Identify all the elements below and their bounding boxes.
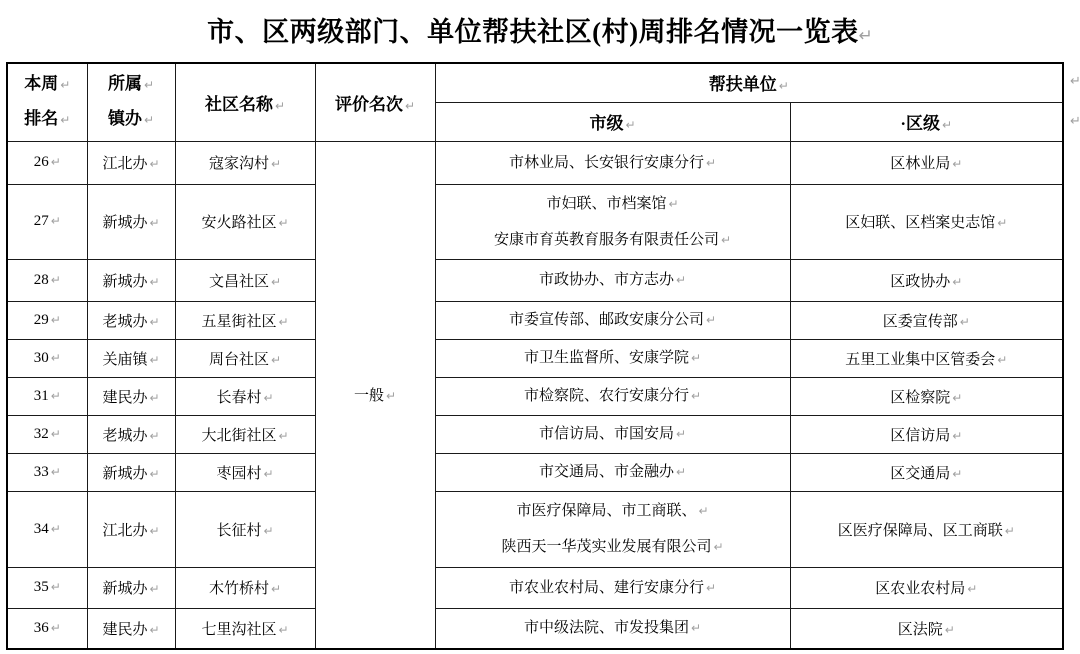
township-cell: 新城办↵ bbox=[87, 184, 175, 259]
paragraph-mark-icon: ↵ bbox=[952, 467, 962, 481]
rank-cell: 35↵ bbox=[7, 567, 87, 608]
header-text: ·区级 bbox=[900, 114, 940, 133]
paragraph-mark-icon: ↵ bbox=[51, 580, 61, 594]
district-units-cell: 五里工业集中区管委会↵ bbox=[790, 339, 1063, 377]
table-row: 36↵ 建民办↵ 七里沟社区↵ 市中级法院、市发投集团↵ 区法院↵ bbox=[7, 608, 1063, 649]
paragraph-mark-icon: ↵ bbox=[51, 427, 61, 441]
rank-cell: 30↵ bbox=[7, 339, 87, 377]
community-cell: 五星街社区↵ bbox=[175, 301, 315, 339]
header-text: 所属 bbox=[108, 74, 142, 93]
paragraph-mark-icon: ↵ bbox=[960, 315, 970, 329]
township-cell: 新城办↵ bbox=[87, 567, 175, 608]
paragraph-mark-icon: ↵ bbox=[60, 78, 70, 92]
community-cell: 木竹桥村↵ bbox=[175, 567, 315, 608]
document-page: 市、区两级部门、单位帮扶社区(村)周排名情况一览表↵ 本周↵ 排名↵ 所属↵ 镇… bbox=[0, 0, 1080, 654]
paragraph-mark-icon: ↵ bbox=[698, 504, 708, 518]
paragraph-mark-icon: ↵ bbox=[263, 391, 273, 405]
paragraph-mark-icon: ↵ bbox=[263, 524, 273, 538]
paragraph-mark-icon: ↵ bbox=[706, 156, 716, 170]
rank-cell: 33↵ bbox=[7, 453, 87, 491]
paragraph-mark-icon: ↵ bbox=[271, 353, 281, 367]
table-row: 28↵ 新城办↵ 文昌社区↵ 市政协办、市方志办↵ 区政协办↵ bbox=[7, 259, 1063, 301]
evaluation-cell: 一般↵ bbox=[315, 141, 435, 649]
paragraph-mark-icon: ↵ bbox=[51, 313, 61, 327]
page-title-wrap: 市、区两级部门、单位帮扶社区(村)周排名情况一览表↵ bbox=[0, 10, 1080, 49]
city-unit-line: 市信访局、市国安局↵ bbox=[436, 423, 790, 445]
paragraph-mark-icon: ↵ bbox=[952, 429, 962, 443]
table-row: 34↵ 江北办↵ 长征村↵ 市医疗保障局、市工商联、↵陕西天一华茂实业发展有限公… bbox=[7, 491, 1063, 567]
paragraph-mark-icon: ↵ bbox=[51, 621, 61, 635]
paragraph-mark-icon: ↵ bbox=[144, 113, 154, 127]
district-units-cell: 区信访局↵ bbox=[790, 415, 1063, 453]
paragraph-mark-icon: ↵ bbox=[149, 429, 159, 443]
paragraph-mark-icon: ↵ bbox=[149, 216, 159, 230]
paragraph-mark-icon: ↵ bbox=[149, 353, 159, 367]
city-units-cell: 市政协办、市方志办↵ bbox=[435, 259, 790, 301]
paragraph-mark-icon: ↵ bbox=[691, 389, 701, 403]
header-helping-units: 帮扶单位↵ bbox=[435, 63, 1063, 102]
table-row: 32↵ 老城办↵ 大北街社区↵ 市信访局、市国安局↵ 区信访局↵ bbox=[7, 415, 1063, 453]
district-units-cell: 区妇联、区档案史志馆↵ bbox=[790, 184, 1063, 259]
city-units-cell: 市农业农村局、建行安康分行↵ bbox=[435, 567, 790, 608]
paragraph-mark-icon: ↵ bbox=[967, 582, 977, 596]
city-units-cell: 市妇联、市档案馆↵安康市育英教育服务有限责任公司↵ bbox=[435, 184, 790, 259]
paragraph-mark-icon: ↵ bbox=[51, 214, 61, 228]
paragraph-mark-icon: ↵ bbox=[149, 157, 159, 171]
page-title: 市、区两级部门、单位帮扶社区(村)周排名情况一览表 bbox=[207, 17, 858, 47]
city-unit-line: 市农业农村局、建行安康分行↵ bbox=[436, 577, 790, 599]
header-city-level: 市级↵ bbox=[435, 102, 790, 141]
paragraph-mark-icon: ↵ bbox=[149, 391, 159, 405]
city-units-cell: 市委宣传部、邮政安康分公司↵ bbox=[435, 301, 790, 339]
community-cell: 大北街社区↵ bbox=[175, 415, 315, 453]
district-units-cell: 区政协办↵ bbox=[790, 259, 1063, 301]
district-units-cell: 区委宣传部↵ bbox=[790, 301, 1063, 339]
table-header: 本周↵ 排名↵ 所属↵ 镇办↵ 社区名称↵ 评价名次↵ 帮扶单位↵ 市级↵ ·区… bbox=[7, 63, 1063, 141]
community-cell: 长征村↵ bbox=[175, 491, 315, 567]
paragraph-mark-icon: ↵ bbox=[149, 275, 159, 289]
paragraph-mark-icon: ↵ bbox=[706, 581, 716, 595]
paragraph-mark-icon: ↵ bbox=[779, 79, 789, 93]
district-units-cell: 区检察院↵ bbox=[790, 377, 1063, 415]
paragraph-mark-icon: ↵ bbox=[263, 467, 273, 481]
community-cell: 安火路社区↵ bbox=[175, 184, 315, 259]
table-row: 29↵ 老城办↵ 五星街社区↵ 市委宣传部、邮政安康分公司↵ 区委宣传部↵ bbox=[7, 301, 1063, 339]
header-text: 本周 bbox=[24, 74, 58, 93]
rank-cell: 29↵ bbox=[7, 301, 87, 339]
city-units-cell: 市林业局、长安银行安康分行↵ bbox=[435, 141, 790, 184]
paragraph-mark-icon: ↵ bbox=[60, 113, 70, 127]
ranking-table: 本周↵ 排名↵ 所属↵ 镇办↵ 社区名称↵ 评价名次↵ 帮扶单位↵ 市级↵ ·区… bbox=[6, 62, 1064, 650]
paragraph-mark-icon: ↵ bbox=[691, 351, 701, 365]
city-unit-line: 市中级法院、市发投集团↵ bbox=[436, 617, 790, 639]
rank-cell: 26↵ bbox=[7, 141, 87, 184]
paragraph-mark-icon: ↵ bbox=[952, 391, 962, 405]
paragraph-mark-icon: ↵ bbox=[51, 273, 61, 287]
township-cell: 关庙镇↵ bbox=[87, 339, 175, 377]
row-end-paragraph-mark-icon: ↵ bbox=[1070, 74, 1080, 89]
city-units-cell: 市医疗保障局、市工商联、↵陕西天一华茂实业发展有限公司↵ bbox=[435, 491, 790, 567]
paragraph-mark-icon: ↵ bbox=[997, 216, 1007, 230]
paragraph-mark-icon: ↵ bbox=[278, 623, 288, 637]
paragraph-mark-icon: ↵ bbox=[676, 427, 686, 441]
city-unit-line: 市交通局、市金融办↵ bbox=[436, 461, 790, 483]
township-cell: 建民办↵ bbox=[87, 377, 175, 415]
community-cell: 枣园村↵ bbox=[175, 453, 315, 491]
city-unit-line: 市政协办、市方志办↵ bbox=[436, 269, 790, 291]
city-unit-line: 陕西天一华茂实业发展有限公司↵ bbox=[436, 529, 790, 565]
paragraph-mark-icon: ↵ bbox=[149, 623, 159, 637]
header-text: 帮扶单位 bbox=[709, 75, 777, 94]
township-cell: 新城办↵ bbox=[87, 453, 175, 491]
table-row: 33↵ 新城办↵ 枣园村↵ 市交通局、市金融办↵ 区交通局↵ bbox=[7, 453, 1063, 491]
paragraph-mark-icon: ↵ bbox=[51, 465, 61, 479]
paragraph-mark-icon: ↵ bbox=[997, 353, 1007, 367]
table-body: 26↵ 江北办↵ 寇家沟村↵ 一般↵市林业局、长安银行安康分行↵ 区林业局↵ 2… bbox=[7, 141, 1063, 649]
paragraph-mark-icon: ↵ bbox=[271, 157, 281, 171]
community-cell: 七里沟社区↵ bbox=[175, 608, 315, 649]
rank-cell: 31↵ bbox=[7, 377, 87, 415]
township-cell: 新城办↵ bbox=[87, 259, 175, 301]
district-units-cell: 区林业局↵ bbox=[790, 141, 1063, 184]
district-units-cell: 区交通局↵ bbox=[790, 453, 1063, 491]
paragraph-mark-icon: ↵ bbox=[51, 389, 61, 403]
district-units-cell: 区农业农村局↵ bbox=[790, 567, 1063, 608]
header-township: 所属↵ 镇办↵ bbox=[87, 63, 175, 141]
paragraph-mark-icon: ↵ bbox=[691, 621, 701, 635]
township-cell: 江北办↵ bbox=[87, 141, 175, 184]
paragraph-mark-icon: ↵ bbox=[275, 99, 285, 113]
paragraph-mark-icon: ↵ bbox=[51, 522, 61, 536]
paragraph-mark-icon: ↵ bbox=[676, 273, 686, 287]
paragraph-mark-icon: ↵ bbox=[144, 78, 154, 92]
paragraph-mark-icon: ↵ bbox=[945, 623, 955, 637]
paragraph-mark-icon: ↵ bbox=[668, 197, 678, 211]
city-units-cell: 市卫生监督所、安康学院↵ bbox=[435, 339, 790, 377]
rank-cell: 28↵ bbox=[7, 259, 87, 301]
paragraph-mark-icon: ↵ bbox=[713, 540, 723, 554]
paragraph-mark-icon: ↵ bbox=[952, 275, 962, 289]
city-unit-line: 市卫生监督所、安康学院↵ bbox=[436, 347, 790, 369]
city-units-cell: 市信访局、市国安局↵ bbox=[435, 415, 790, 453]
paragraph-mark-icon: ↵ bbox=[278, 315, 288, 329]
paragraph-mark-icon: ↵ bbox=[278, 216, 288, 230]
table-row: 31↵ 建民办↵ 长春村↵ 市检察院、农行安康分行↵ 区检察院↵ bbox=[7, 377, 1063, 415]
paragraph-mark-icon: ↵ bbox=[706, 313, 716, 327]
table-row: 30↵ 关庙镇↵ 周台社区↵ 市卫生监督所、安康学院↵ 五里工业集中区管委会↵ bbox=[7, 339, 1063, 377]
rank-cell: 36↵ bbox=[7, 608, 87, 649]
header-text: 镇办 bbox=[108, 109, 142, 128]
township-cell: 江北办↵ bbox=[87, 491, 175, 567]
paragraph-mark-icon: ↵ bbox=[676, 465, 686, 479]
paragraph-mark-icon: ↵ bbox=[386, 389, 396, 403]
city-unit-line: 市妇联、市档案馆↵ bbox=[436, 186, 790, 222]
community-cell: 文昌社区↵ bbox=[175, 259, 315, 301]
header-text: 评价名次 bbox=[335, 95, 403, 114]
header-text: 市级 bbox=[589, 114, 623, 133]
rank-cell: 27↵ bbox=[7, 184, 87, 259]
table-row: 26↵ 江北办↵ 寇家沟村↵ 一般↵市林业局、长安银行安康分行↵ 区林业局↵ bbox=[7, 141, 1063, 184]
township-cell: 老城办↵ bbox=[87, 415, 175, 453]
township-cell: 老城办↵ bbox=[87, 301, 175, 339]
district-units-cell: 区法院↵ bbox=[790, 608, 1063, 649]
header-evaluation-rank: 评价名次↵ bbox=[315, 63, 435, 141]
city-units-cell: 市交通局、市金融办↵ bbox=[435, 453, 790, 491]
paragraph-mark-icon: ↵ bbox=[1005, 524, 1015, 538]
header-text: 排名 bbox=[24, 109, 58, 128]
city-unit-line: 市医疗保障局、市工商联、↵ bbox=[436, 493, 790, 529]
paragraph-mark-icon: ↵ bbox=[952, 157, 962, 171]
paragraph-mark-icon: ↵ bbox=[271, 275, 281, 289]
paragraph-mark-icon: ↵ bbox=[859, 26, 873, 46]
city-units-cell: 市检察院、农行安康分行↵ bbox=[435, 377, 790, 415]
header-weekly-rank: 本周↵ 排名↵ bbox=[7, 63, 87, 141]
header-row-1: 本周↵ 排名↵ 所属↵ 镇办↵ 社区名称↵ 评价名次↵ 帮扶单位↵ bbox=[7, 63, 1063, 102]
district-units-cell: 区医疗保障局、区工商联↵ bbox=[790, 491, 1063, 567]
city-unit-line: 市委宣传部、邮政安康分公司↵ bbox=[436, 309, 790, 331]
paragraph-mark-icon: ↵ bbox=[278, 429, 288, 443]
table-row: 27↵ 新城办↵ 安火路社区↵ 市妇联、市档案馆↵安康市育英教育服务有限责任公司… bbox=[7, 184, 1063, 259]
city-unit-line: 市林业局、长安银行安康分行↵ bbox=[436, 152, 790, 174]
paragraph-mark-icon: ↵ bbox=[625, 118, 635, 132]
table-row: 35↵ 新城办↵ 木竹桥村↵ 市农业农村局、建行安康分行↵ 区农业农村局↵ bbox=[7, 567, 1063, 608]
header-district-level: ·区级↵ bbox=[790, 102, 1063, 141]
city-unit-line: 市检察院、农行安康分行↵ bbox=[436, 385, 790, 407]
header-community-name: 社区名称↵ bbox=[175, 63, 315, 141]
township-cell: 建民办↵ bbox=[87, 608, 175, 649]
paragraph-mark-icon: ↵ bbox=[721, 233, 731, 247]
row-end-paragraph-mark-icon: ↵ bbox=[1070, 114, 1080, 129]
header-text: 社区名称 bbox=[205, 95, 273, 114]
paragraph-mark-icon: ↵ bbox=[149, 524, 159, 538]
paragraph-mark-icon: ↵ bbox=[51, 155, 61, 169]
paragraph-mark-icon: ↵ bbox=[149, 315, 159, 329]
rank-cell: 34↵ bbox=[7, 491, 87, 567]
paragraph-mark-icon: ↵ bbox=[51, 351, 61, 365]
paragraph-mark-icon: ↵ bbox=[149, 467, 159, 481]
city-unit-line: 安康市育英教育服务有限责任公司↵ bbox=[436, 222, 790, 258]
paragraph-mark-icon: ↵ bbox=[149, 582, 159, 596]
paragraph-mark-icon: ↵ bbox=[405, 99, 415, 113]
paragraph-mark-icon: ↵ bbox=[942, 118, 952, 132]
community-cell: 寇家沟村↵ bbox=[175, 141, 315, 184]
paragraph-mark-icon: ↵ bbox=[271, 582, 281, 596]
community-cell: 周台社区↵ bbox=[175, 339, 315, 377]
city-units-cell: 市中级法院、市发投集团↵ bbox=[435, 608, 790, 649]
community-cell: 长春村↵ bbox=[175, 377, 315, 415]
rank-cell: 32↵ bbox=[7, 415, 87, 453]
